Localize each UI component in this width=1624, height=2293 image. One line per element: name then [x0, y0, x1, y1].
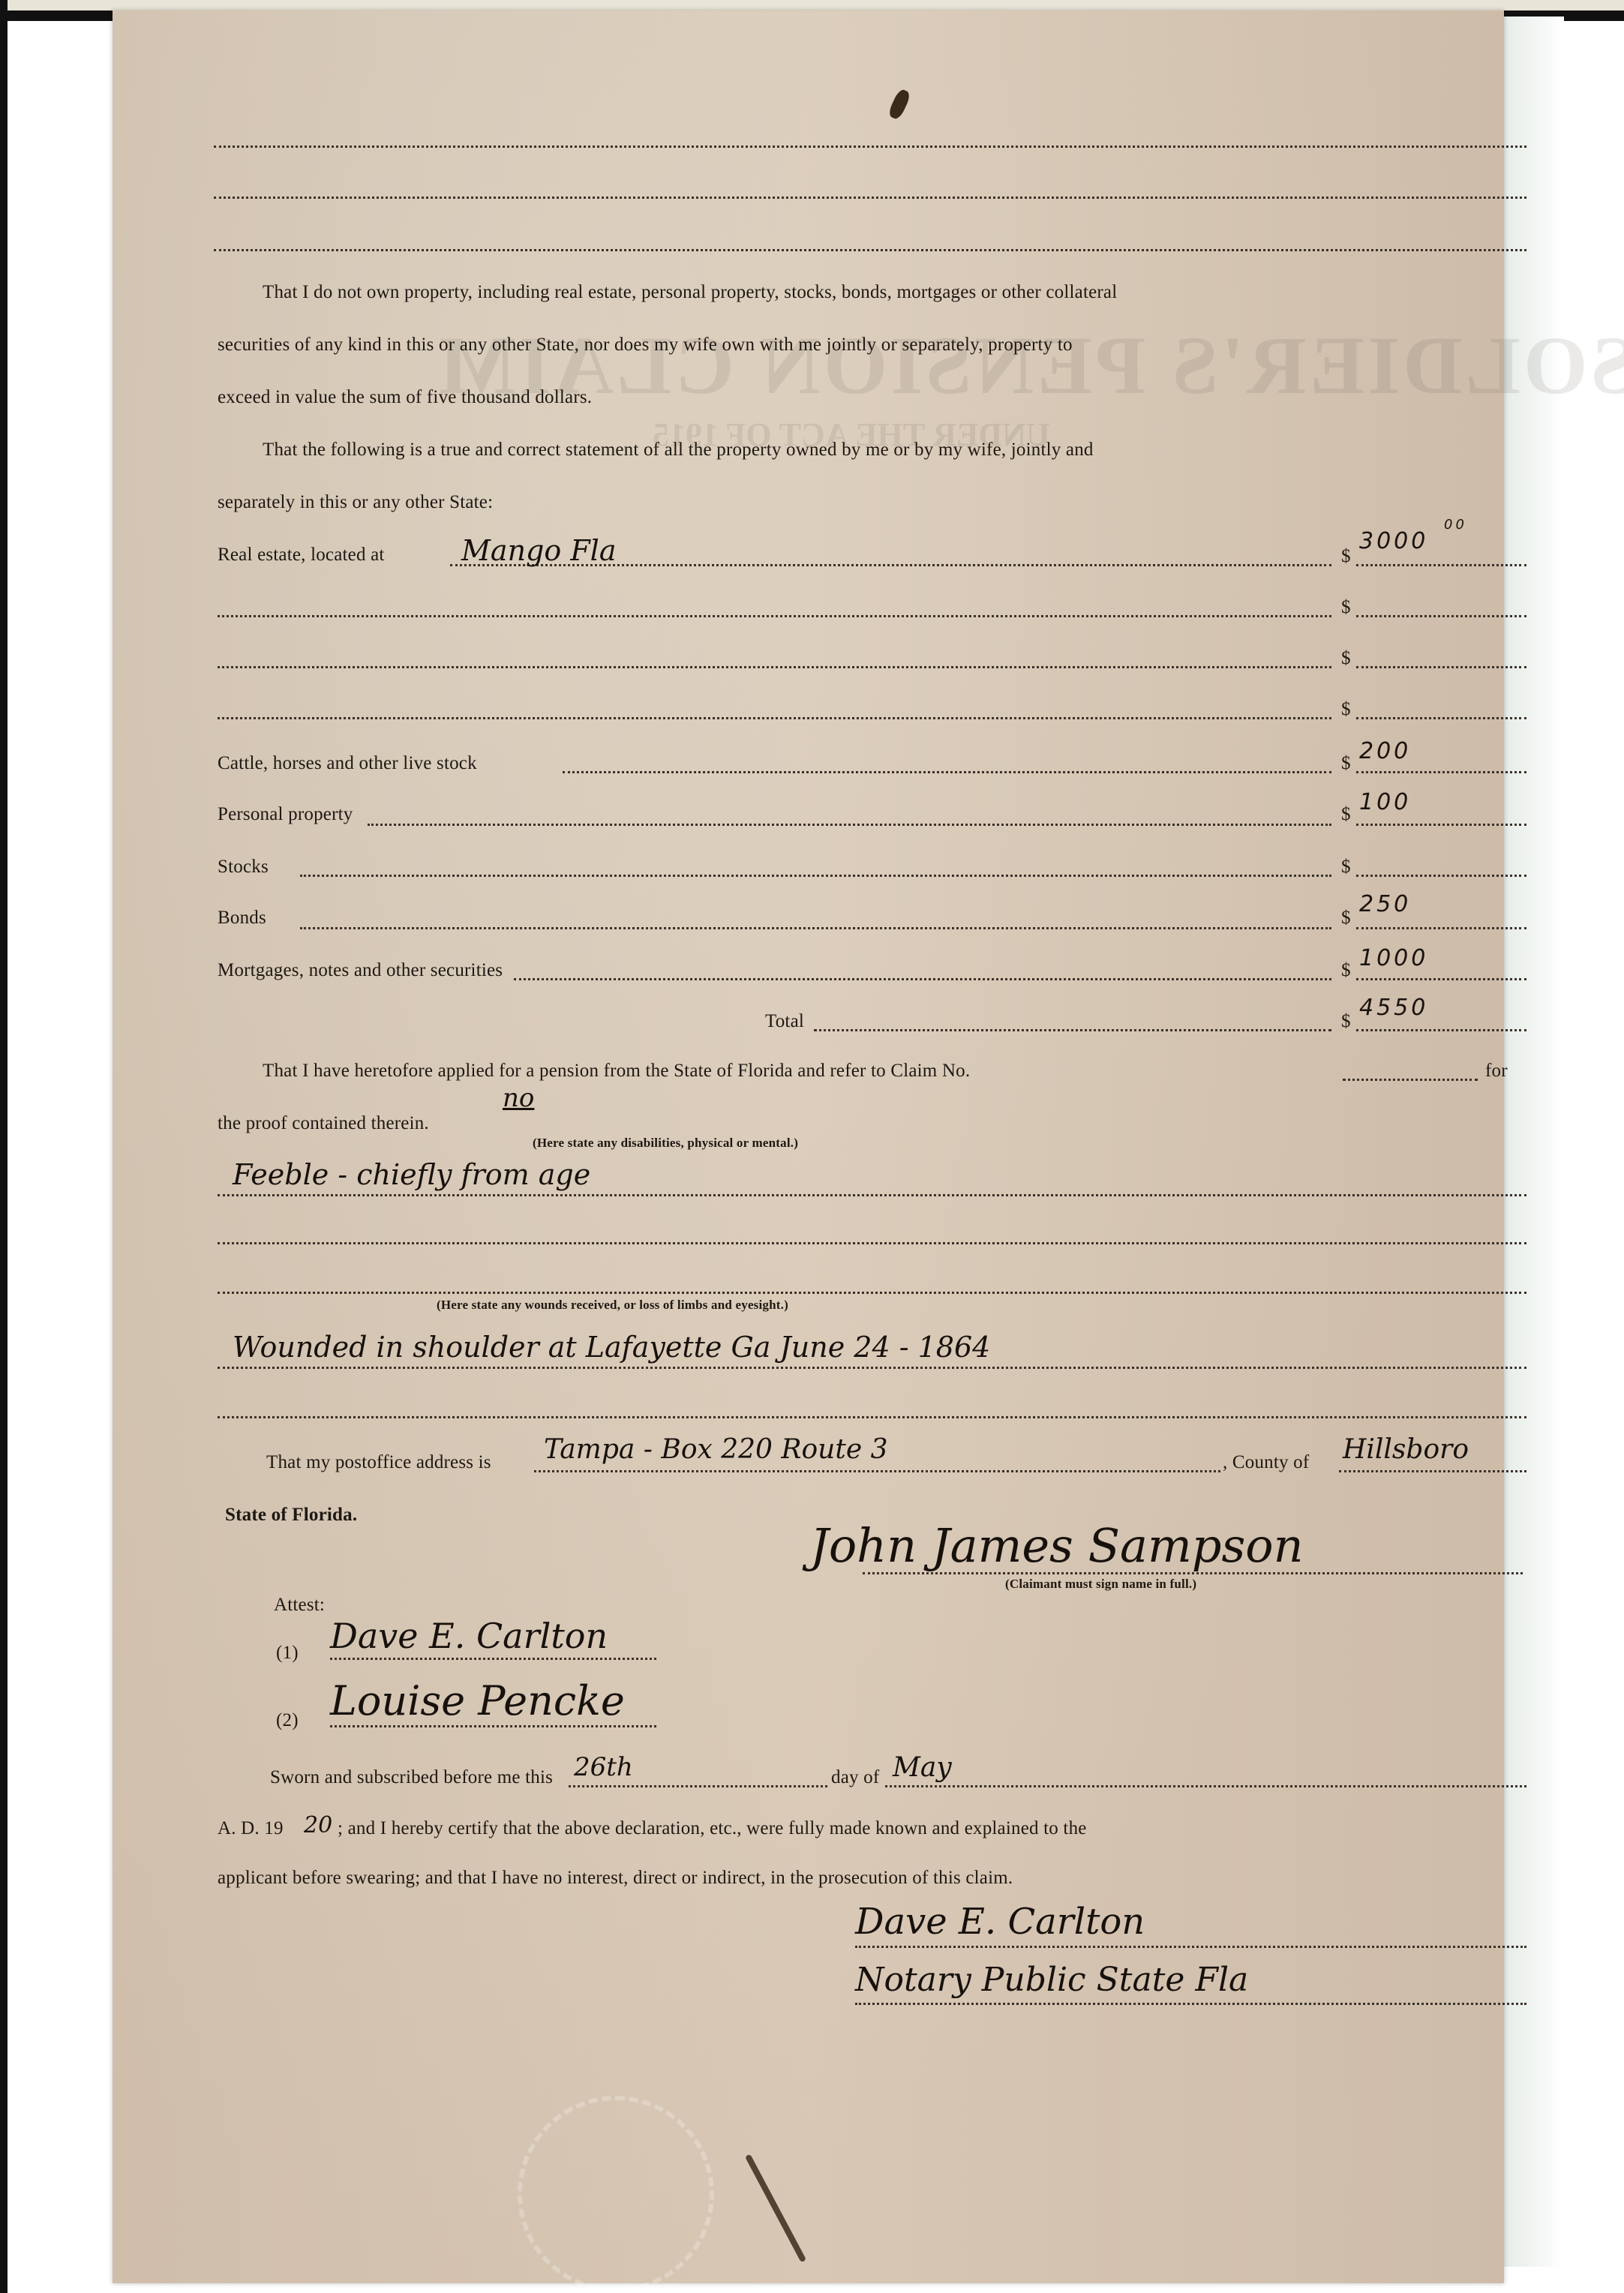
ad-prefix: A. D. 19 — [218, 1818, 284, 1839]
property-label: Stocks — [218, 857, 269, 878]
amount-cents: 00 — [1444, 517, 1467, 533]
witness-1-signature[interactable]: Dave E. Carlton — [330, 1616, 608, 1656]
paragraph-no-property-line-3: exceed in value the sum of five thousand… — [218, 387, 592, 408]
disabilities-answer[interactable]: Feeble - chiefly from age — [233, 1158, 590, 1191]
wounds-line-1 — [218, 1367, 1526, 1369]
property-label: Bonds — [218, 908, 266, 929]
attest-label: Attest: — [274, 1595, 325, 1616]
claimant-signature-line — [863, 1572, 1523, 1574]
notary-signature[interactable]: Dave E. Carlton — [855, 1901, 1145, 1943]
fill-line — [218, 615, 1331, 617]
total-label: Total — [765, 1011, 804, 1032]
address-label: That my postoffice address is — [266, 1452, 491, 1473]
amount-line — [1356, 978, 1526, 980]
dollar-sign: $ — [1341, 857, 1351, 878]
property-label: Real estate, located at — [218, 545, 385, 566]
state-of-florida: State of Florida. — [225, 1505, 357, 1526]
notary-title-line — [855, 2003, 1526, 2005]
notary-signature-line — [855, 1946, 1526, 1948]
show-through-title: SOLDIER'S PENSION CLAIM — [435, 318, 1624, 413]
notary-title[interactable]: Notary Public State Fla — [855, 1961, 1248, 1999]
dollar-sign: $ — [1341, 648, 1351, 669]
dollar-sign: $ — [1341, 597, 1351, 618]
amount-line — [1356, 824, 1526, 826]
dollar-sign: $ — [1341, 699, 1351, 720]
paragraph-statement-line-1: That the following is a true and correct… — [263, 440, 1094, 461]
wounds-line-2 — [218, 1416, 1526, 1418]
month-line — [885, 1785, 1526, 1787]
property-label: Cattle, horses and other live stock — [218, 753, 477, 774]
amount-value[interactable]: 200 — [1359, 738, 1411, 764]
disabilities-instruction: (Here state any disabilities, physical o… — [533, 1136, 798, 1151]
total-amount[interactable]: 4550 — [1359, 995, 1428, 1021]
claim-number-value[interactable]: no — [503, 1083, 534, 1113]
amount-value[interactable]: 1000 — [1359, 945, 1428, 971]
witness-2-signature[interactable]: Louise Pencke — [330, 1677, 625, 1724]
property-label: Personal property — [218, 804, 353, 825]
amount-value[interactable]: 100 — [1359, 789, 1411, 815]
jurat-day[interactable]: 26th — [574, 1752, 633, 1782]
disabilities-line-3 — [218, 1292, 1526, 1294]
witness-1-number: (1) — [276, 1643, 299, 1664]
certify-line-2: applicant before swearing; and that I ha… — [218, 1868, 1013, 1889]
prior-claim-text: That I have heretofore applied for a pen… — [263, 1061, 970, 1082]
paragraph-no-property-line-2: securities of any kind in this or any ot… — [218, 335, 1073, 356]
jurat-month[interactable]: May — [893, 1752, 952, 1783]
fill-line — [300, 875, 1331, 877]
claimant-caption: (Claimant must sign name in full.) — [1005, 1577, 1196, 1592]
property-label: Mortgages, notes and other securities — [218, 960, 503, 981]
amount-line — [1356, 927, 1526, 929]
county-line — [1339, 1470, 1526, 1472]
dollar-sign: $ — [1341, 804, 1351, 825]
amount-value[interactable]: 3000 — [1359, 528, 1428, 554]
blank-line-3 — [214, 249, 1526, 251]
disabilities-line-1 — [218, 1194, 1526, 1196]
blank-line-2 — [214, 197, 1526, 199]
disabilities-line-2 — [218, 1242, 1526, 1244]
fill-line — [563, 771, 1331, 773]
amount-line — [1356, 771, 1526, 773]
dollar-sign: $ — [1341, 1011, 1351, 1032]
document-page: SOLDIER'S PENSION CLAIM UNDER THE ACT OF… — [113, 11, 1504, 2283]
wounds-answer[interactable]: Wounded in shoulder at Lafayette Ga June… — [233, 1331, 990, 1364]
real-estate-location[interactable]: Mango Fla — [461, 534, 617, 567]
county-value[interactable]: Hillsboro — [1343, 1434, 1469, 1465]
fill-line — [514, 978, 1331, 980]
day-of-label: day of — [831, 1767, 879, 1788]
prior-claim-for: for — [1485, 1061, 1508, 1082]
dollar-sign: $ — [1341, 546, 1351, 567]
fill-line — [218, 666, 1331, 668]
witness-2-number: (2) — [276, 1710, 299, 1731]
ink-stroke-mark — [745, 2153, 806, 2262]
witness-2-line — [330, 1725, 656, 1727]
county-label: , County of — [1223, 1452, 1309, 1473]
amount-line — [1356, 666, 1526, 668]
fill-line — [300, 927, 1331, 929]
fill-line — [368, 824, 1331, 826]
amount-line — [1356, 564, 1526, 566]
address-value[interactable]: Tampa - Box 220 Route 3 — [544, 1434, 888, 1465]
amount-line — [1356, 875, 1526, 877]
witness-1-line — [330, 1658, 656, 1660]
dollar-sign: $ — [1341, 908, 1351, 929]
ink-blot — [887, 88, 911, 121]
prior-claim-line-2: the proof contained therein. — [218, 1113, 429, 1134]
paragraph-statement-line-2: separately in this or any other State: — [218, 492, 493, 513]
amount-line — [1356, 615, 1526, 617]
dollar-sign: $ — [1341, 753, 1351, 774]
claimant-signature[interactable]: John James Sampson — [810, 1518, 1304, 1573]
paragraph-no-property-line-1: That I do not own property, including re… — [263, 282, 1117, 303]
amount-value[interactable]: 250 — [1359, 891, 1411, 917]
day-line — [569, 1785, 827, 1787]
fill-line — [814, 1029, 1331, 1031]
blank-line-1 — [214, 146, 1526, 148]
address-line — [534, 1470, 1220, 1472]
jurat-year[interactable]: 20 — [304, 1812, 332, 1838]
amount-line — [1356, 1029, 1526, 1031]
embossed-seal — [518, 2096, 714, 2292]
amount-line — [1356, 717, 1526, 719]
sworn-label: Sworn and subscribed before me this — [270, 1767, 553, 1788]
certify-line-1: ; and I hereby certify that the above de… — [338, 1818, 1087, 1839]
wounds-instruction: (Here state any wounds received, or loss… — [437, 1298, 788, 1313]
dollar-sign: $ — [1341, 960, 1351, 981]
fill-line — [218, 717, 1331, 719]
claim-number-line — [1343, 1079, 1478, 1081]
scanner-edge-left — [0, 0, 8, 2293]
